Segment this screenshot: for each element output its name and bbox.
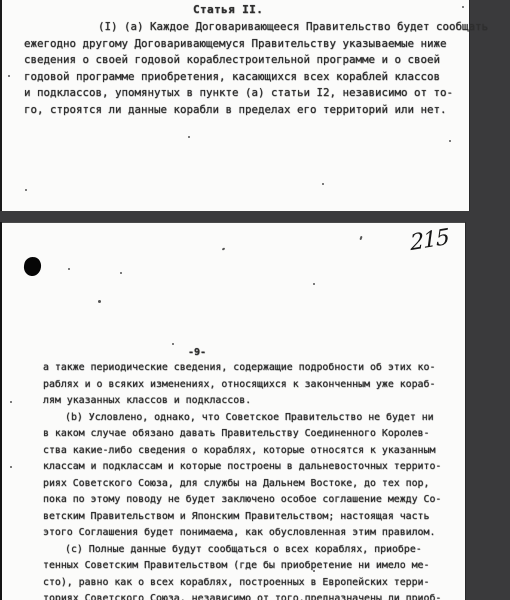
page-number-header: -9- [188,347,206,358]
typewritten-line: годовой программе приобретения, касающих… [24,69,488,86]
noise-speck [188,136,190,138]
typewritten-line: классам и подклассам и которые построены… [43,459,441,476]
typewritten-line: сведения о своей годовой кораблестроител… [24,52,488,69]
page-body-text: а также периодические сведения, содержащ… [43,360,441,600]
noise-speck [462,6,464,8]
paragraph-1a: (I) (а) Каждое Договаривающееся Правител… [24,19,488,119]
noise-speck [10,466,12,468]
typewritten-line: в каком случае обязано давать Правительс… [43,426,441,443]
typewritten-line: и подклассов, упомянутых в пункте (а) ст… [24,85,488,102]
noise-speck [68,268,70,270]
noise-speck [25,189,27,191]
scan-page-lower: 215 -9- а также периодические сведения, … [0,222,466,600]
article-heading: Статья II. [193,3,263,16]
noise-speck [172,343,174,345]
scanned-document-view: Статья II. (I) (а) Каждое Договаривающее… [0,0,510,600]
typewritten-line: тенных Советским Правительством (где бы … [43,558,441,575]
typewritten-line: ежегодно другому Договаривающемуся Прави… [24,36,488,53]
typewritten-line: ства какие-либо сведения о кораблях, кот… [43,443,441,460]
typewritten-line: (b) Условлено, однако, что Советское Пра… [43,410,441,427]
scan-page-upper: Статья II. (I) (а) Каждое Договаривающее… [0,0,470,211]
noise-speck [313,570,315,572]
typewritten-line: ветским Правительством и Японским Правит… [43,509,441,526]
typewritten-line: ториях Советского Союза, независимо от т… [43,591,441,600]
noise-speck [98,300,101,303]
noise-speck [313,283,315,285]
noise-speck [10,401,12,403]
typewritten-line: раблях и о всяких изменениях, относящихс… [43,377,441,394]
noise-speck [449,140,451,142]
typewritten-line: этого Соглашения будет понимаема, как об… [43,525,441,542]
noise-speck [322,183,324,185]
typewritten-line: риях Советского Союза, для службы на Дал… [43,476,441,493]
typewritten-line: пока по этому поводу не будет заключено … [43,492,441,509]
typewritten-line: а также периодические сведения, содержащ… [43,360,441,377]
noise-speck [8,75,10,77]
typewritten-line: лям указанных классов и подклассов. [43,393,441,410]
hole-punch-mark [23,256,42,277]
typewritten-line: сто), равно как о всех кораблях, построе… [43,575,441,592]
typewritten-line: (I) (а) Каждое Договаривающееся Правител… [24,19,488,36]
noise-speck [120,272,122,274]
typewritten-line: (с) Полные данные будут сообщаться о все… [43,542,441,559]
handwritten-folio-number: 215 [410,225,450,256]
typewritten-line: го, строятся ли данные корабли в предела… [24,102,488,119]
